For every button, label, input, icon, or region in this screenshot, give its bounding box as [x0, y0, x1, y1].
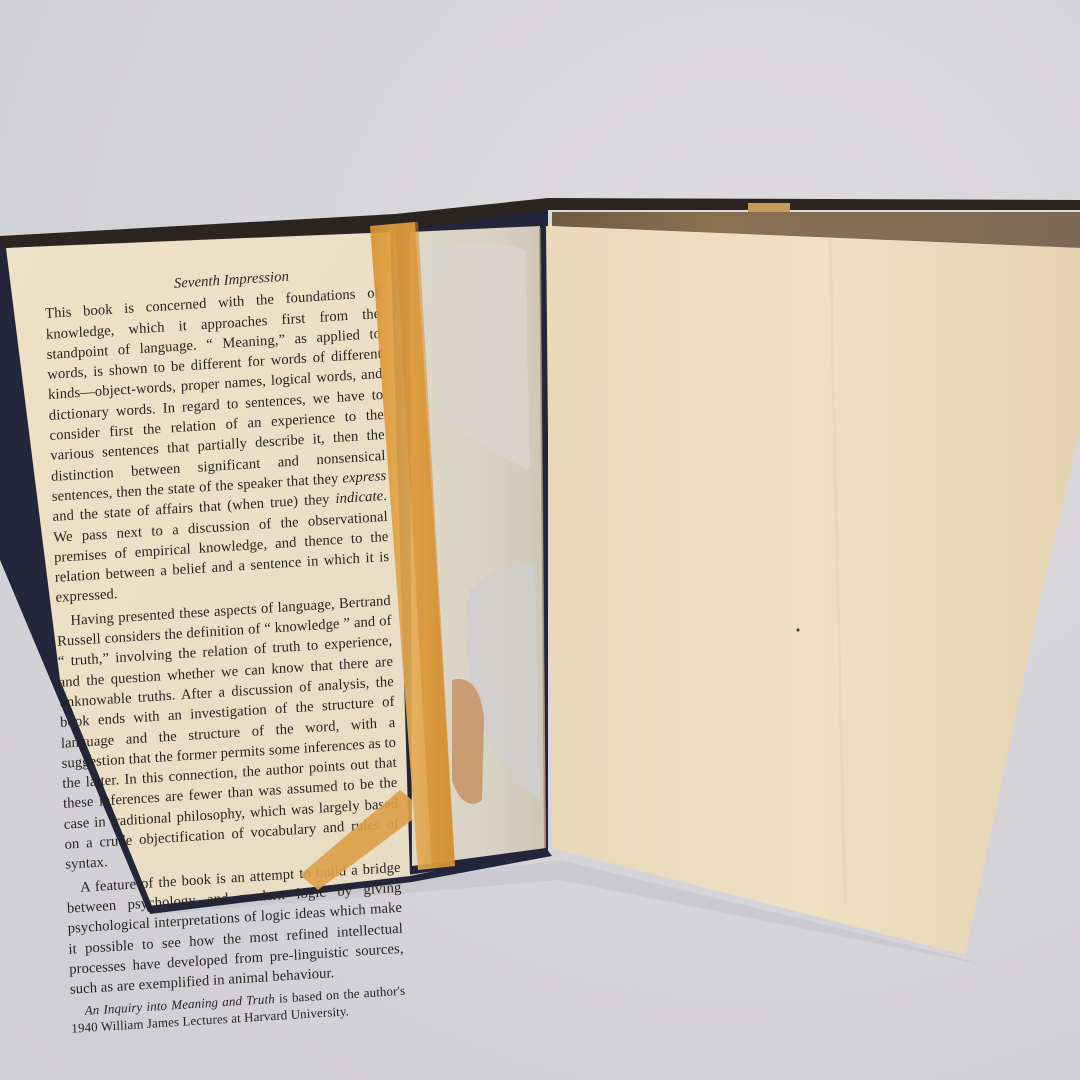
right-endpaper	[546, 226, 1080, 955]
photo-scene: Seventh Impression This book is concerne…	[0, 0, 1080, 1080]
hinge-gutter	[410, 226, 546, 866]
flap-paragraph-3: A feature of the book is an attempt to b…	[66, 857, 405, 1000]
jacket-flap-text: Seventh Impression This book is concerne…	[44, 261, 406, 1037]
flap-paragraph-1: This book is concerned with the foundati…	[45, 283, 390, 608]
flap-paragraph-2: Having presented these aspects of langua…	[56, 591, 400, 876]
